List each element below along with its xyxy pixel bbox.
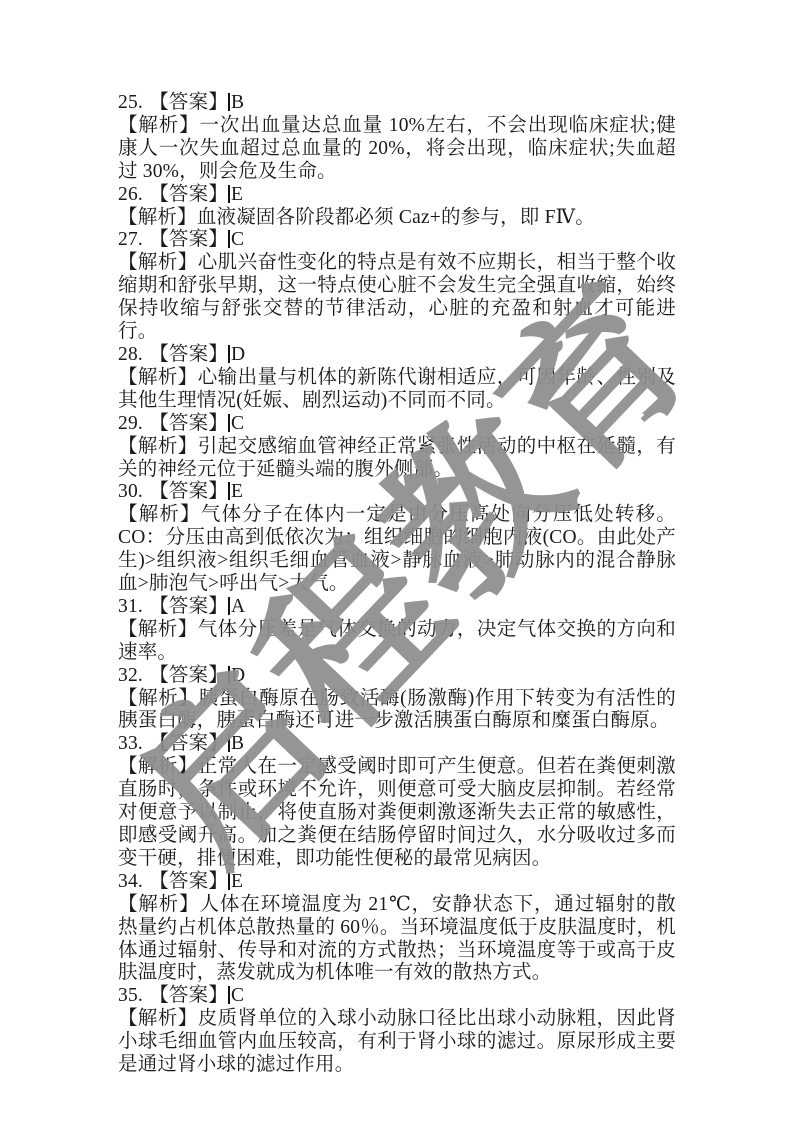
answer-line: 35.【答案】C [118,985,676,1008]
analysis-label: 【解析】 [118,619,198,640]
answer-letter: C [231,229,244,250]
answer-label: 【答案】 [149,184,228,205]
answer-letter: C [231,413,244,434]
text-cursor [228,482,230,500]
answer-label: 【答案】 [149,985,228,1006]
analysis-label: 【解析】 [118,207,197,228]
analysis-paragraph: 【解析】人体在环境温度为 21℃，安静状态下，通过辐射的散热量约占机体总散热量的… [118,894,676,986]
analysis-label: 【解析】 [118,688,199,709]
document-page: 25.【答案】B 【解析】一次出血量达总血量 10%左右，不会出现临床症状;健康… [0,0,794,1123]
analysis-paragraph: 【解析】心输出量与机体的新陈代谢相适应，可因年龄、性别及其他生理情况(妊娠、剧烈… [118,367,676,413]
analysis-label: 【解析】 [118,252,198,273]
answer-letter: B [231,733,244,754]
analysis-paragraph: 【解析】正常人在一定感受阈时即可产生便意。但若在粪便刺激直肠时，条件或环境不允许… [118,756,676,871]
analysis-text: 心输出量与机体的新陈代谢相适应，可因年龄、性别及其他生理情况(妊娠、剧烈运动)不… [118,367,676,411]
answer-letter: E [231,184,243,205]
question-number: 35. [118,985,143,1006]
text-cursor [228,872,230,890]
answer-item: 29.【答案】C 【解析】引起交感缩血管神经正常紧张性活动的中枢在延髓，有关的神… [118,413,676,482]
analysis-paragraph: 【解析】气体分子在体内一定是由分压高处向分压低处转移。CO：分压由高到低依次为：… [118,504,676,596]
question-number: 26. [118,184,143,205]
analysis-paragraph: 【解析】血液凝固各阶段都必须 Caz+的参与，即 FⅣ。 [118,207,676,230]
answer-line: 28.【答案】D [118,344,676,367]
analysis-paragraph: 【解析】一次出血量达总血量 10%左右，不会出现临床症状;健康人一次失血超过总血… [118,115,676,184]
answer-label: 【答案】 [149,344,228,365]
answer-line: 32.【答案】D [118,665,676,688]
analysis-text: 气体分子在体内一定是由分压高处向分压低处转移。CO：分压由高到低依次为：组织细胞… [118,504,676,594]
analysis-text: 一次出血量达总血量 10%左右，不会出现临床症状;健康人一次失血超过总血量的 2… [118,115,676,182]
answer-line: 27.【答案】C [118,229,676,252]
answer-label: 【答案】 [149,871,228,892]
analysis-text: 胰蛋白酶原在肠致活酶(肠激酶)作用下转变为有活性的胰蛋白酶，胰蛋白酶还可进一步激… [118,688,676,732]
analysis-text: 人体在环境温度为 21℃，安静状态下，通过辐射的散热量约占机体总散热量的 60％… [118,894,676,984]
question-number: 30. [118,481,143,502]
answer-item: 30.【答案】E 【解析】气体分子在体内一定是由分压高处向分压低处转移。CO：分… [118,481,676,596]
text-cursor [228,93,230,111]
answer-line: 25.【答案】B [118,92,676,115]
analysis-paragraph: 【解析】皮质肾单位的入球小动脉口径比出球小动脉粗，因此肾小球毛细血管内血压较高，… [118,1008,676,1077]
answer-label: 【答案】 [149,229,228,250]
answer-letter: E [231,481,243,502]
question-number: 31. [118,596,143,617]
text-cursor [228,666,230,684]
answer-letter: D [231,665,245,686]
analysis-text: 引起交感缩血管神经正常紧张性活动的中枢在延髓，有关的神经元位于延髓头端的腹外侧部… [118,436,676,480]
analysis-paragraph: 【解析】气体分压差是气体交换的动力，决定气体交换的方向和速率。 [118,619,676,665]
answer-label: 【答案】 [149,92,228,113]
answer-line: 31.【答案】A [118,596,676,619]
text-cursor [228,734,230,752]
analysis-text: 正常人在一定感受阈时即可产生便意。但若在粪便刺激直肠时，条件或环境不允许，则便意… [118,756,676,869]
answer-line: 29.【答案】C [118,413,676,436]
answer-item: 26.【答案】E 【解析】血液凝固各阶段都必须 Caz+的参与，即 FⅣ。 [118,184,676,230]
answer-label: 【答案】 [149,596,228,617]
answer-item: 34.【答案】E 【解析】人体在环境温度为 21℃，安静状态下，通过辐射的散热量… [118,871,676,986]
analysis-label: 【解析】 [118,756,198,777]
answer-label: 【答案】 [149,413,228,434]
analysis-text: 血液凝固各阶段都必须 Caz+的参与，即 FⅣ。 [197,207,595,228]
answer-letter: D [231,344,245,365]
analysis-paragraph: 【解析】胰蛋白酶原在肠致活酶(肠激酶)作用下转变为有活性的胰蛋白酶，胰蛋白酶还可… [118,688,676,734]
question-number: 28. [118,344,143,365]
text-cursor [228,414,230,432]
answer-letter: E [231,871,243,892]
text-cursor [228,597,230,615]
analysis-paragraph: 【解析】引起交感缩血管神经正常紧张性活动的中枢在延髓，有关的神经元位于延髓头端的… [118,436,676,482]
answer-line: 30.【答案】E [118,481,676,504]
answer-item: 33.【答案】B 【解析】正常人在一定感受阈时即可产生便意。但若在粪便刺激直肠时… [118,733,676,870]
answer-line: 34.【答案】E [118,871,676,894]
analysis-text: 皮质肾单位的入球小动脉口径比出球小动脉粗，因此肾小球毛细血管内血压较高，有利于肾… [118,1008,676,1075]
answer-label: 【答案】 [149,665,228,686]
answer-item: 27.【答案】C 【解析】心肌兴奋性变化的特点是有效不应期长，相当于整个收缩期和… [118,229,676,344]
question-number: 29. [118,413,143,434]
text-cursor [228,185,230,203]
answer-letter: B [231,92,244,113]
answers-list: 25.【答案】B 【解析】一次出血量达总血量 10%左右，不会出现临床症状;健康… [118,92,676,1077]
answer-item: 32.【答案】D 【解析】胰蛋白酶原在肠致活酶(肠激酶)作用下转变为有活性的胰蛋… [118,665,676,734]
text-cursor [228,230,230,248]
analysis-label: 【解析】 [118,367,198,388]
answer-item: 28.【答案】D 【解析】心输出量与机体的新陈代谢相适应，可因年龄、性别及其他生… [118,344,676,413]
analysis-label: 【解析】 [118,894,200,915]
text-cursor [228,986,230,1004]
answer-item: 25.【答案】B 【解析】一次出血量达总血量 10%左右，不会出现临床症状;健康… [118,92,676,184]
analysis-label: 【解析】 [118,1008,198,1029]
answer-line: 26.【答案】E [118,184,676,207]
analysis-text: 心肌兴奋性变化的特点是有效不应期长，相当于整个收缩期和舒张早期，这一特点使心脏不… [118,252,676,342]
analysis-text: 气体分压差是气体交换的动力，决定气体交换的方向和速率。 [118,619,676,663]
analysis-label: 【解析】 [118,436,198,457]
answer-item: 31.【答案】A 【解析】气体分压差是气体交换的动力，决定气体交换的方向和速率。 [118,596,676,665]
answer-letter: A [231,596,245,617]
answer-label: 【答案】 [149,481,228,502]
analysis-label: 【解析】 [118,504,201,525]
text-cursor [228,345,230,363]
analysis-paragraph: 【解析】心肌兴奋性变化的特点是有效不应期长，相当于整个收缩期和舒张早期，这一特点… [118,252,676,344]
question-number: 25. [118,92,143,113]
answer-item: 35.【答案】C 【解析】皮质肾单位的入球小动脉口径比出球小动脉粗，因此肾小球毛… [118,985,676,1077]
answer-label: 【答案】 [149,733,228,754]
question-number: 34. [118,871,143,892]
answer-line: 33.【答案】B [118,733,676,756]
question-number: 32. [118,665,143,686]
question-number: 27. [118,229,143,250]
answer-letter: C [231,985,244,1006]
question-number: 33. [118,733,143,754]
analysis-label: 【解析】 [118,115,200,136]
